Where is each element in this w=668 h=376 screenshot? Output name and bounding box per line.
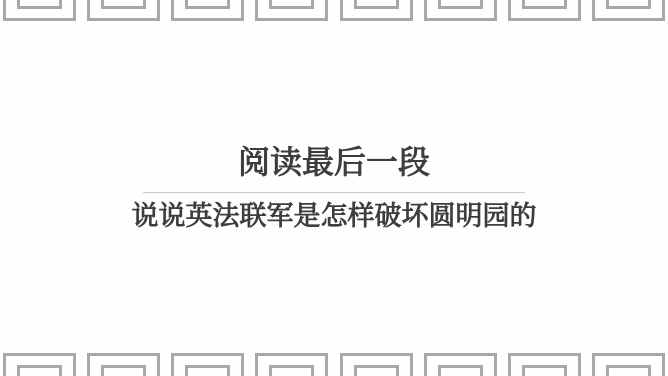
hui-pattern-motif-inner — [101, 365, 146, 376]
hui-pattern-motif-inner — [185, 365, 230, 376]
hui-pattern-motif — [3, 0, 76, 21]
hui-pattern-motif — [424, 353, 497, 376]
hui-pattern-motif — [3, 353, 76, 376]
hui-pattern-motif-inner — [185, 0, 230, 9]
hui-pattern-motif — [87, 353, 160, 376]
hui-pattern-motif-inner — [354, 365, 399, 376]
hui-pattern-motif — [592, 353, 665, 376]
hui-pattern-motif-inner — [606, 0, 651, 9]
hui-pattern-motif — [424, 0, 497, 21]
hui-pattern-motif — [255, 353, 328, 376]
slide: 阅读最后一段 说说英法联军是怎样破坏圆明园的 — [0, 0, 668, 376]
hui-pattern-motif-inner — [438, 0, 483, 9]
hui-pattern-motif-inner — [269, 0, 314, 9]
title-divider — [143, 192, 525, 193]
hui-pattern-motif-inner — [522, 365, 567, 376]
hui-pattern-motif-inner — [606, 365, 651, 376]
top-border-pattern — [0, 0, 668, 21]
hui-pattern-motif — [508, 353, 581, 376]
hui-pattern-motif-inner — [354, 0, 399, 9]
hui-pattern-motif-inner — [269, 365, 314, 376]
hui-pattern-motif-inner — [522, 0, 567, 9]
hui-pattern-motif-inner — [17, 0, 62, 9]
hui-pattern-motif — [340, 353, 413, 376]
hui-pattern-motif — [508, 0, 581, 21]
hui-pattern-motif — [340, 0, 413, 21]
hui-pattern-motif-inner — [17, 365, 62, 376]
hui-pattern-motif — [87, 0, 160, 21]
hui-pattern-motif — [592, 0, 665, 21]
hui-pattern-motif-inner — [438, 365, 483, 376]
hui-pattern-motif — [255, 0, 328, 21]
hui-pattern-motif-inner — [101, 0, 146, 9]
hui-pattern-motif — [171, 353, 244, 376]
bottom-border-pattern — [0, 353, 668, 376]
slide-subtitle: 说说英法联军是怎样破坏圆明园的 — [0, 200, 668, 234]
hui-pattern-motif — [171, 0, 244, 21]
slide-title: 阅读最后一段 — [0, 144, 668, 180]
